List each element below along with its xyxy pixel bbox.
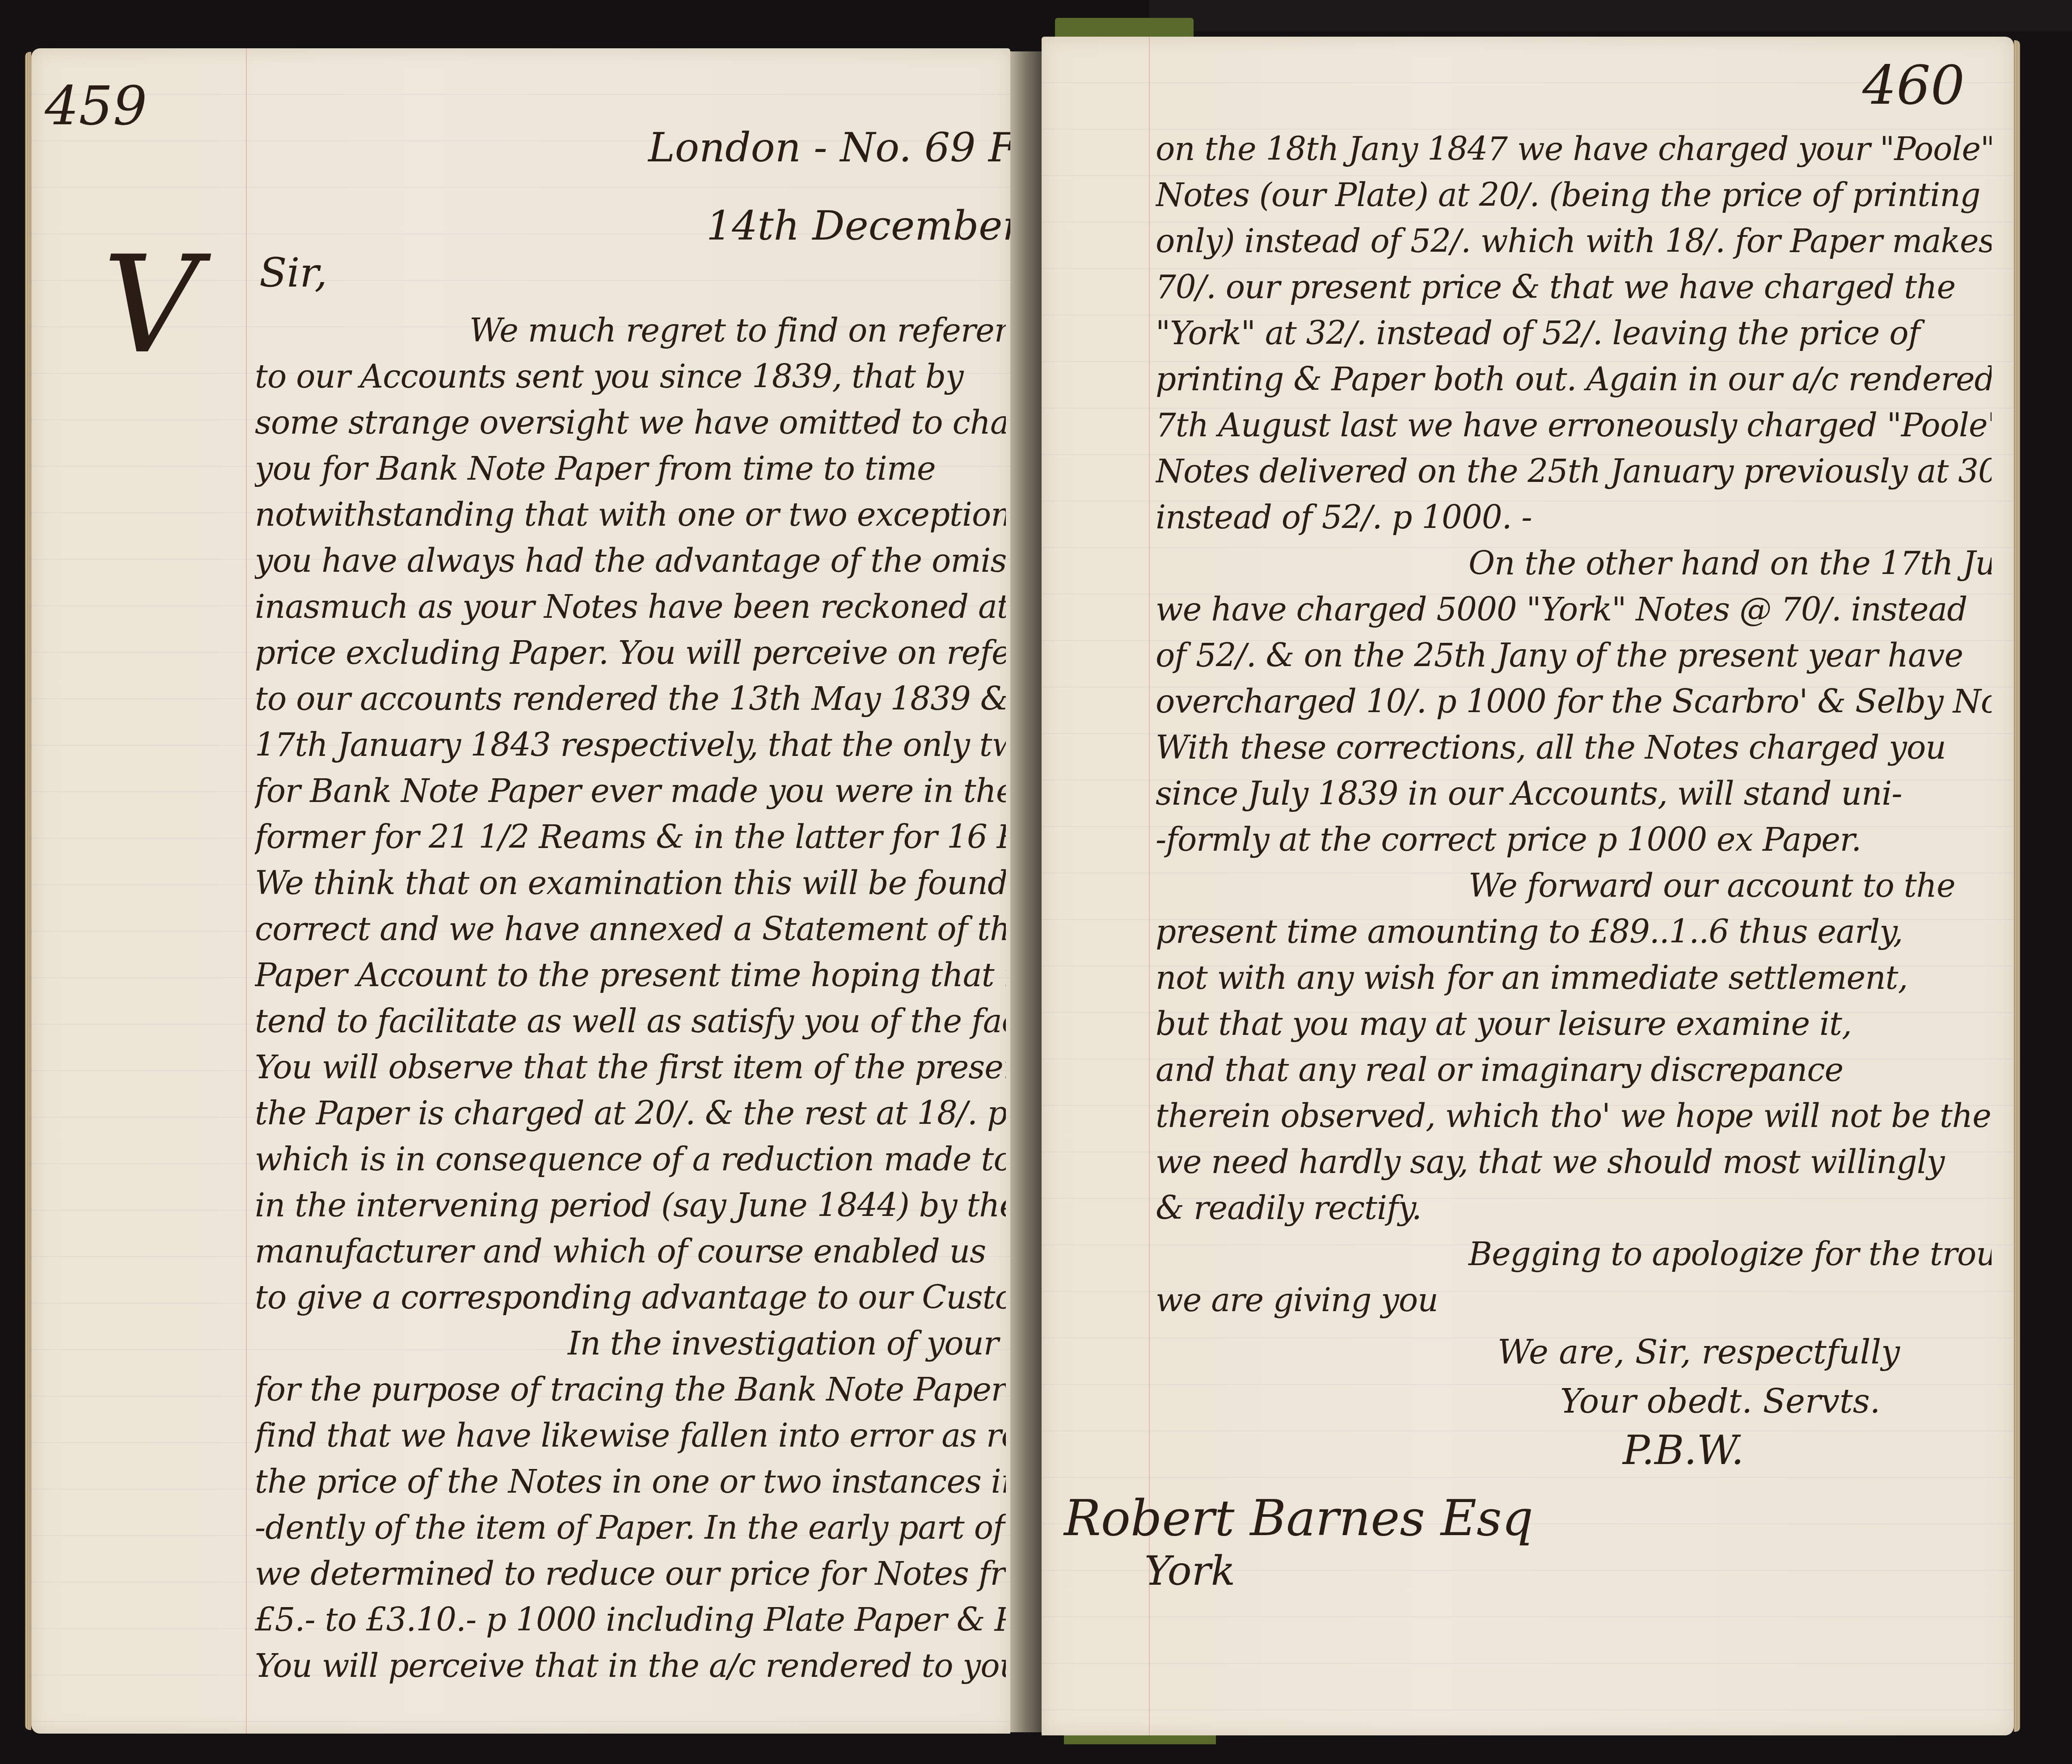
text-line: -dently of the item of Paper. In the ear…: [255, 1505, 1006, 1551]
letter-body-right: on the 18th Jany 1847 we have charged yo…: [1156, 126, 1992, 1323]
page-edges-right: [2014, 40, 2020, 1732]
text-line: 17th January 1843 respectively, that the…: [255, 722, 1006, 768]
text-line: we determined to reduce our price for No…: [255, 1551, 1006, 1597]
closing-line-1: We are, Sir, respectfully: [1498, 1333, 1900, 1372]
text-line: Notes delivered on the 25th January prev…: [1156, 448, 1992, 494]
text-line: since July 1839 in our Accounts, will st…: [1156, 771, 1992, 817]
text-line: "York" at 32/. instead of 52/. leaving t…: [1156, 310, 1992, 356]
text-line: you have always had the advantage of the…: [255, 538, 1006, 584]
text-line: for the purpose of tracing the Bank Note…: [255, 1367, 1006, 1413]
text-line: On the other hand on the 17th July /48: [1156, 540, 1992, 587]
right-page: 460 on the 18th Jany 1847 we have charge…: [1042, 37, 2014, 1735]
folio-number: 460: [1862, 55, 1965, 117]
text-line: but that you may at your leisure examine…: [1156, 1001, 1992, 1047]
text-line: correct and we have annexed a Statement …: [255, 906, 1006, 952]
text-line: overcharged 10/. p 1000 for the Scarbro'…: [1156, 679, 1992, 725]
salutation: Sir,: [259, 249, 327, 296]
text-line: in the intervening period (say June 1844…: [255, 1182, 1006, 1228]
text-line: manufacturer and which of course enabled…: [255, 1228, 1006, 1274]
text-line: present time amounting to £89..1..6 thus…: [1156, 909, 1992, 955]
text-line: the price of the Notes in one or two ins…: [255, 1459, 1006, 1505]
text-line: some strange oversight we have omitted t…: [255, 400, 1006, 446]
text-line: Notes (our Plate) at 20/. (being the pri…: [1156, 172, 1992, 218]
text-line: instead of 52/. p 1000. -: [1156, 494, 1992, 540]
letter-body-left: We much regret to find on reference to o…: [255, 308, 1006, 1689]
text-line: 70/. our present price & that we have ch…: [1156, 264, 1992, 310]
text-line: therein observed, which tho' we hope wil…: [1156, 1093, 1992, 1139]
text-line: on the 18th Jany 1847 we have charged yo…: [1156, 126, 1992, 172]
text-line: the Paper is charged at 20/. & the rest …: [255, 1090, 1006, 1136]
book-cover-strip: [1149, 0, 2072, 31]
text-line: and that any real or imaginary discrepan…: [1156, 1047, 1992, 1093]
text-line: we need hardly say, that we should most …: [1156, 1139, 1992, 1185]
addressee-place: York: [1144, 1548, 1235, 1595]
text-line: You will observe that the first item of …: [255, 1044, 1006, 1090]
text-line: £5.- to £3.10.- p 1000 including Plate P…: [255, 1597, 1006, 1643]
text-line: find that we have likewise fallen into e…: [255, 1413, 1006, 1459]
page-edges-left: [25, 52, 31, 1730]
text-line: We think that on examination this will b…: [255, 860, 1006, 906]
text-line: which is in consequence of a reduction m…: [255, 1136, 1006, 1182]
check-mark-icon: V: [103, 227, 200, 383]
text-line: we have charged 5000 "York" Notes @ 70/.…: [1156, 587, 1992, 633]
text-line: not with any wish for an immediate settl…: [1156, 955, 1992, 1001]
text-line: -formly at the correct price p 1000 ex P…: [1156, 817, 1992, 863]
margin-rule: [1149, 37, 1150, 1735]
text-line: inasmuch as your Notes have been reckone…: [255, 584, 1006, 630]
text-line: notwithstanding that with one or two exc…: [255, 492, 1006, 538]
signature-initials: P.B.W.: [1623, 1427, 1744, 1474]
text-line: we are giving you: [1156, 1277, 1992, 1323]
text-line: to our accounts rendered the 13th May 18…: [255, 676, 1006, 722]
text-line: for Bank Note Paper ever made you were i…: [255, 768, 1006, 814]
text-line: Begging to apologize for the trouble: [1156, 1231, 1992, 1277]
text-line: We much regret to find on reference: [255, 308, 1006, 354]
text-line: to our Accounts sent you since 1839, tha…: [255, 354, 1006, 400]
text-line: printing & Paper both out. Again in our …: [1156, 356, 1992, 402]
book-gutter: [1010, 51, 1042, 1732]
folio-number: 459: [45, 75, 147, 137]
left-page: 459 V London - No. 69 Fleet St. 14th Dec…: [31, 48, 1010, 1734]
text-line: to give a corresponding advantage to our…: [255, 1274, 1006, 1321]
text-line: you for Bank Note Paper from time to tim…: [255, 446, 1006, 492]
text-line: & readily rectify.: [1156, 1185, 1992, 1231]
text-line: price excluding Paper. You will perceive…: [255, 630, 1006, 676]
text-line: In the investigation of your Accounts: [255, 1321, 1006, 1367]
text-line: We forward our account to the: [1156, 863, 1992, 909]
text-line: tend to facilitate as well as satisfy yo…: [255, 998, 1006, 1044]
closing-line-2: Your obedt. Servts.: [1560, 1382, 1880, 1421]
text-line: former for 21 1/2 Reams & in the latter …: [255, 814, 1006, 860]
text-line: 7th August last we have erroneously char…: [1156, 402, 1992, 448]
margin-rule: [246, 48, 247, 1734]
text-line: only) instead of 52/. which with 18/. fo…: [1156, 218, 1992, 264]
text-line: With these corrections, all the Notes ch…: [1156, 725, 1992, 771]
addressee-name: Robert Barnes Esq: [1064, 1490, 1533, 1547]
text-line: You will perceive that in the a/c render…: [255, 1643, 1006, 1689]
text-line: Paper Account to the present time hoping…: [255, 952, 1006, 998]
text-line: of 52/. & on the 25th Jany of the presen…: [1156, 633, 1992, 679]
